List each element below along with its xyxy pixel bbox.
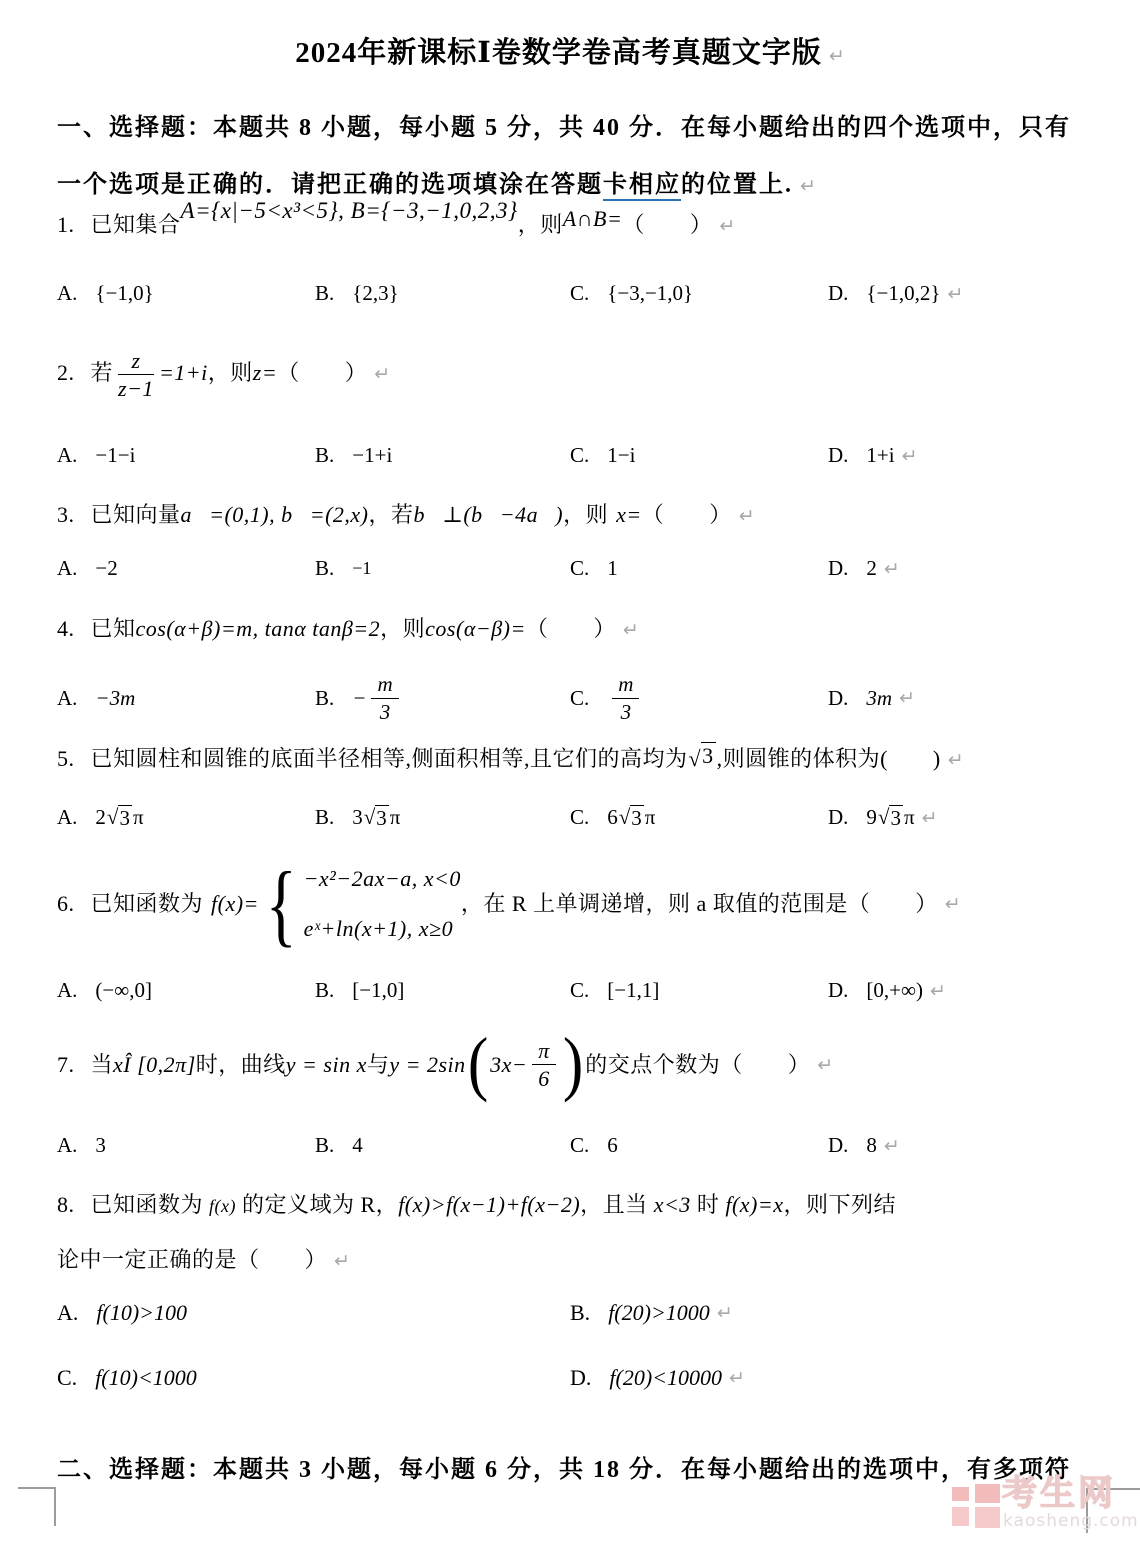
math-fx: f(x)= <box>211 887 259 921</box>
option-a-label: A. <box>57 281 77 306</box>
option-d-value: 2 <box>866 556 877 581</box>
kaosheng-logo-icon <box>952 1484 1000 1528</box>
question-6-number: 6. <box>57 887 75 921</box>
paragraph-mark: ↵ <box>817 1048 833 1082</box>
question-3-stem: 3.已知向量a⃗=(0,1), b⃗=(2,x)，若b⃗⊥(b⃗−4a⃗)，则x… <box>57 498 1110 533</box>
option-d: D.f(20)<10000↵ <box>570 1365 1120 1391</box>
question-1-options: A.{−1,0} B.{2,3} C.{−3,−1,0} D.{−1,0,2}↵ <box>57 281 1120 306</box>
option-c: C.m3 <box>570 672 828 723</box>
option-c-label: C. <box>570 443 589 468</box>
paragraph-mark: ↵ <box>729 1367 745 1389</box>
option-a-value: f(10)>100 <box>96 1300 187 1326</box>
option-b-value: {2,3} <box>352 281 398 306</box>
option-b-coef: 3 <box>352 805 363 830</box>
option-d-label: D. <box>828 281 848 306</box>
option-c: C.1 <box>570 556 828 581</box>
option-d-label: D. <box>828 805 848 830</box>
paragraph-mark: ↵ <box>947 283 963 305</box>
question-8-text-1: 已知函数为 <box>91 1192 210 1217</box>
math-vectors: a⃗=(0,1), b⃗=(2,x) <box>181 502 369 527</box>
option-d-label: D. <box>828 443 848 468</box>
option-b-label: B. <box>315 686 334 711</box>
option-c-coef: 6 <box>607 805 618 830</box>
option-b-label: B. <box>570 1300 590 1326</box>
option-c: C.f(10)<1000 <box>57 1365 570 1391</box>
piecewise-brace: { <box>266 865 297 943</box>
paragraph-mark: ↵ <box>902 445 918 467</box>
question-7-post: 的交点个数为（ ） <box>585 1048 810 1082</box>
heading-line2-pre: 一个选项是正确的．请把正确的选项填涂在答题 <box>57 172 603 198</box>
math-trig-given: cos(α+β)=m, tanα tanβ=2 <box>136 616 381 641</box>
option-a-value: −3m <box>95 686 135 711</box>
question-1-number: 1. <box>57 212 75 237</box>
option-b-value: −1+i <box>352 443 392 468</box>
logo-block <box>975 1507 1000 1528</box>
page-title: 2024年新课标Ⅰ卷数学卷高考真题文字版↵ <box>0 30 1140 71</box>
fraction-numerator: π <box>532 1038 556 1065</box>
paragraph-mark: ↵ <box>922 807 938 829</box>
grammar-underlined-text: 卡相应 <box>603 172 681 201</box>
option-a: A.3 <box>57 1133 315 1158</box>
option-a: A.2√3π <box>57 805 315 830</box>
option-a-label: A. <box>57 1133 77 1158</box>
question-8-options-row2: C.f(10)<1000 D.f(20)<10000↵ <box>57 1365 1120 1391</box>
section2-heading-text: 二、选择题：本题共 3 小题，每小题 6 分，共 18 分．在每小题给出的选项中… <box>57 1457 1071 1483</box>
option-b: B.−m3 <box>315 672 570 723</box>
question-3-mid: ，若 <box>369 502 414 527</box>
math-intersection: A∩B= <box>563 206 623 231</box>
option-b: B.f(20)>1000↵ <box>570 1300 1120 1326</box>
option-c-label: C. <box>570 1133 589 1158</box>
math-x: x= <box>616 502 642 527</box>
question-8-line2-text: 论中一定正确的是（ ） <box>57 1247 327 1272</box>
option-b-pi: π <box>390 805 401 830</box>
question-5-stem: 5.已知圆柱和圆锥的底面半径相等,侧面积相等,且它们的高均为√3,则圆锥的体积为… <box>57 742 1110 777</box>
question-3-options: A.−2 B.−1 C.1 D.2↵ <box>57 556 1120 581</box>
option-b: B.[−1,0] <box>315 978 570 1003</box>
question-7-text-3: 与 <box>367 1048 390 1082</box>
option-c-value: 6 <box>607 1133 618 1158</box>
piecewise-row-1: −x²−2ax−a, x<0 <box>304 862 461 896</box>
option-c-fraction: m3 <box>612 672 639 723</box>
math-domain: xÎ [0,2π] <box>113 1048 196 1082</box>
option-a-coef: 2 <box>95 805 106 830</box>
question-6-line: 6.已知函数为f(x)={−x²−2ax−a, x<0eˣ+ln(x+1), x… <box>57 862 961 946</box>
option-d-label: D. <box>828 556 848 581</box>
option-d: D.9√3π↵ <box>828 805 1120 830</box>
question-6-post: ，在 R 上单调递增，则 a 取值的范围是（ ） <box>461 887 938 921</box>
math-equation: =1+i <box>159 360 208 385</box>
option-d-value: {−1,0,2} <box>866 281 940 306</box>
fraction-numerator: z <box>118 348 154 375</box>
logo-block <box>952 1487 969 1501</box>
option-b-fraction: m3 <box>371 672 398 723</box>
option-c: C.1−i <box>570 443 828 468</box>
option-a-value: {−1,0} <box>95 281 153 306</box>
fraction-denominator: 3 <box>612 699 639 724</box>
option-a-label: A. <box>57 686 77 711</box>
option-b-value: [−1,0] <box>352 978 404 1003</box>
question-3-number: 3. <box>57 502 75 527</box>
radical-sign: √ <box>619 805 631 830</box>
question-3-post: ，则 <box>563 502 608 527</box>
paragraph-mark: ↵ <box>945 887 961 921</box>
math-perpendicular: b⃗⊥(b⃗−4a⃗) <box>414 502 564 527</box>
option-b-label: B. <box>315 443 334 468</box>
option-c-label: C. <box>570 556 589 581</box>
paragraph-mark: ↵ <box>899 687 915 709</box>
option-d: D.2↵ <box>828 556 1120 581</box>
paragraph-mark: ↵ <box>884 1135 900 1157</box>
piecewise-row-2: eˣ+ln(x+1), x≥0 <box>304 912 461 946</box>
section1-heading-line1: 一、选择题：本题共 8 小题，每小题 5 分，共 40 分．在每小题给出的四个选… <box>57 100 1100 157</box>
logo-block <box>952 1507 969 1526</box>
question-5-number: 5. <box>57 746 75 771</box>
question-2-options: A.−1−i B.−1+i C.1−i D.1+i↵ <box>57 443 1120 468</box>
answer-blank: （ ） <box>622 212 712 237</box>
option-b-value: f(20)>1000 <box>608 1300 710 1326</box>
question-8-text-3: ，且当 <box>580 1192 654 1217</box>
option-b: B.−1+i <box>315 443 570 468</box>
option-d-label: D. <box>828 686 848 711</box>
option-c-value: 1−i <box>607 443 635 468</box>
option-c-value: [−1,1] <box>607 978 659 1003</box>
option-c-value: 1 <box>607 556 618 581</box>
math-fx-equals-x: f(x)=x <box>725 1192 783 1217</box>
paragraph-mark: ↵ <box>719 215 735 237</box>
option-d: D.1+i↵ <box>828 443 1120 468</box>
option-d-label: D. <box>570 1365 591 1391</box>
question-4-options: A.−3m B.−m3 C.m3 D.3m↵ <box>57 660 1120 736</box>
question-2-text: 若 <box>91 360 114 385</box>
kaosheng-brand-watermark: 考生网 <box>1002 1476 1138 1512</box>
option-b: B.{2,3} <box>315 281 570 306</box>
paragraph-mark: ↵ <box>884 558 900 580</box>
option-d: D.8↵ <box>828 1133 1120 1158</box>
question-8-stem-line2: 论中一定正确的是（ ）↵ <box>57 1243 1110 1278</box>
paragraph-mark: ↵ <box>948 749 964 771</box>
question-1-mid: ，则 <box>518 212 563 237</box>
option-a-label: A. <box>57 978 77 1003</box>
math-z: z= <box>253 360 277 385</box>
option-c-label: C. <box>570 281 589 306</box>
radicand: 3 <box>889 805 903 829</box>
page-title-text: 2024年新课标Ⅰ卷数学卷高考真题文字版 <box>295 37 822 69</box>
option-a-label: A. <box>57 443 77 468</box>
kaosheng-domain-watermark: kaosheng.com <box>1003 1511 1139 1531</box>
option-d: D.[0,+∞)↵ <box>828 978 1120 1003</box>
fraction-numerator: m <box>371 672 398 698</box>
option-d-value: 8 <box>866 1133 877 1158</box>
math-pi-over-6: π6 <box>532 1038 556 1092</box>
table-corner-mark-left <box>18 1487 56 1526</box>
paragraph-mark: ↵ <box>374 363 390 385</box>
question-8-options-row1: A.f(10)>100 B.f(20)>1000↵ <box>57 1300 1120 1326</box>
question-1-text: 已知集合 <box>91 212 181 237</box>
radical-sign: √ <box>364 805 376 830</box>
question-6-text: 已知函数为 <box>91 887 204 921</box>
math-set-expression: A={x|−5<x³<5}, B={−3,−1,0,2,3} <box>181 198 518 223</box>
question-7-text-2: 时，曲线 <box>196 1048 286 1082</box>
radical-sign: √ <box>107 805 119 830</box>
math-x-less-3: x<3 <box>654 1192 691 1217</box>
question-4-stem: 4.已知cos(α+β)=m, tanα tanβ=2，则cos(α−β)=（ … <box>57 612 1110 647</box>
option-c: C.6 <box>570 1133 828 1158</box>
question-8-text-2: 的定义域为 R， <box>236 1192 398 1217</box>
paragraph-mark: ↵ <box>623 619 639 641</box>
question-4-mid: ，则 <box>380 616 425 641</box>
question-3-text: 已知向量 <box>91 502 181 527</box>
question-6-options: A.(−∞,0] B.[−1,0] C.[−1,1] D.[0,+∞)↵ <box>57 978 1120 1003</box>
logo-block <box>975 1484 1000 1503</box>
option-a: A.{−1,0} <box>57 281 315 306</box>
question-7-text-1: 当 <box>91 1048 114 1082</box>
math-curve-2: y = 2sin <box>389 1048 465 1082</box>
math-sqrt3: √3 <box>619 805 644 830</box>
option-a-label: A. <box>57 805 77 830</box>
option-c-label: C. <box>570 805 589 830</box>
math-sqrt3: √3 <box>107 805 132 830</box>
paragraph-mark: ↵ <box>930 980 946 1002</box>
fraction-denominator: 6 <box>532 1065 556 1091</box>
option-d-value: f(20)<10000 <box>609 1365 722 1391</box>
option-d: D.{−1,0,2}↵ <box>828 281 1120 306</box>
question-2-mid: ，则 <box>208 360 253 385</box>
option-c-label: C. <box>570 978 589 1003</box>
option-d-label: D. <box>828 1133 848 1158</box>
option-d-value: 1+i <box>866 443 894 468</box>
option-c: C.6√3π <box>570 805 828 830</box>
option-b-label: B. <box>315 978 334 1003</box>
piecewise-rows: −x²−2ax−a, x<0eˣ+ln(x+1), x≥0 <box>304 862 461 946</box>
option-a-value: (−∞,0] <box>95 978 152 1003</box>
option-a-label: A. <box>57 556 77 581</box>
radical-sign: √ <box>689 742 702 776</box>
answer-blank: （ ） <box>277 360 367 385</box>
math-sqrt3: √3 <box>878 805 903 830</box>
fraction-denominator: z−1 <box>118 375 154 401</box>
fraction-denominator: 3 <box>371 699 398 724</box>
paragraph-mark: ↵ <box>334 1250 350 1272</box>
option-b-label: B. <box>315 556 334 581</box>
question-5-text: 已知圆柱和圆锥的底面半径相等,侧面积相等,且它们的高均为 <box>91 746 688 771</box>
question-8-stem-line1: 8.已知函数为 f(x) 的定义域为 R，f(x)>f(x−1)+f(x−2)，… <box>57 1188 1110 1223</box>
question-5-options: A.2√3π B.3√3π C.6√3π D.9√3π↵ <box>57 805 1120 830</box>
math-curve-1: y = sin x <box>286 1048 367 1082</box>
option-c-value: f(10)<1000 <box>95 1365 197 1391</box>
question-4-number: 4. <box>57 616 75 641</box>
fraction-numerator: m <box>612 672 639 698</box>
option-c-value: {−3,−1,0} <box>607 281 693 306</box>
section2-heading: 二、选择题：本题共 3 小题，每小题 6 分，共 18 分．在每小题给出的选项中… <box>57 1442 1100 1499</box>
paragraph-mark: ↵ <box>739 505 755 527</box>
option-d-pi: π <box>904 805 915 830</box>
option-b-value: −1 <box>352 558 371 579</box>
option-b-label: B. <box>315 805 334 830</box>
radicand: 3 <box>375 805 389 829</box>
question-2-number: 2. <box>57 360 75 385</box>
question-8-number: 8. <box>57 1192 75 1217</box>
option-a-value: −2 <box>95 556 117 581</box>
option-b-label: B. <box>315 281 334 306</box>
option-b: B.−1 <box>315 556 570 581</box>
math-inequality: f(x)>f(x−1)+f(x−2) <box>398 1192 580 1217</box>
option-b-label: B. <box>315 1133 334 1158</box>
radicand: 3 <box>701 742 716 767</box>
answer-blank: （ ） <box>642 502 732 527</box>
option-a-label: A. <box>57 1300 78 1326</box>
math-fraction: zz−1 <box>118 348 154 402</box>
question-7-number: 7. <box>57 1048 75 1082</box>
option-b-sign: − <box>352 686 366 711</box>
option-b: B.4 <box>315 1133 570 1158</box>
option-a-value: −1−i <box>95 443 135 468</box>
option-a: A.−1−i <box>57 443 315 468</box>
option-a: A.−3m <box>57 686 315 711</box>
option-a-value: 3 <box>95 1133 106 1158</box>
option-d-value: 3m <box>866 686 892 711</box>
question-1-stem: 1.已知集合A={x|−5<x³<5}, B={−3,−1,0,2,3}，则A∩… <box>57 208 1110 243</box>
paragraph-mark: ↵ <box>717 1302 733 1324</box>
option-d-coef: 9 <box>866 805 877 830</box>
question-2-stem: 2.若zz−1=1+i，则z=（ ）↵ <box>57 348 1110 402</box>
question-6-stem: 6.已知函数为f(x)={−x²−2ax−a, x<0eˣ+ln(x+1), x… <box>57 862 1110 946</box>
question-7-stem: 7.当 xÎ [0,2π]时，曲线 y = sin x 与 y = 2sin(3… <box>57 1038 1110 1092</box>
question-7-line: 7.当 xÎ [0,2π]时，曲线 y = sin x 与 y = 2sin(3… <box>57 1038 833 1092</box>
radicand: 3 <box>118 805 132 829</box>
question-8-text-4: 时 <box>691 1192 726 1217</box>
math-trig-target: cos(α−β)= <box>425 616 526 641</box>
question-4-text: 已知 <box>91 616 136 641</box>
option-a: A.−2 <box>57 556 315 581</box>
option-d: D.3m↵ <box>828 686 1120 711</box>
paragraph-mark: ↵ <box>800 175 816 197</box>
math-sqrt3: √3 <box>689 742 716 776</box>
option-c-label: C. <box>570 686 589 711</box>
option-a-pi: π <box>133 805 144 830</box>
option-c-label: C. <box>57 1365 77 1391</box>
option-d-value: [0,+∞) <box>866 978 923 1003</box>
option-d-label: D. <box>828 978 848 1003</box>
paragraph-mark: ↵ <box>829 45 845 67</box>
option-a: A.(−∞,0] <box>57 978 315 1003</box>
option-b: B.3√3π <box>315 805 570 830</box>
heading-line2-tail: 的位置上. <box>681 172 793 198</box>
question-7-options: A.3 B.4 C.6 D.8↵ <box>57 1133 1120 1158</box>
option-c-pi: π <box>645 805 656 830</box>
math-inner: 3x− <box>490 1048 527 1082</box>
radicand: 3 <box>630 805 644 829</box>
math-fx-small: f(x) <box>209 1196 236 1216</box>
question-8-text-5: ，则下列结 <box>783 1192 896 1217</box>
math-sqrt3: √3 <box>364 805 389 830</box>
option-c: C.[−1,1] <box>570 978 828 1003</box>
question-5-post: ,则圆锥的体积为( ) <box>717 746 941 771</box>
option-c: C.{−3,−1,0} <box>570 281 828 306</box>
option-b-value: 4 <box>352 1133 363 1158</box>
answer-blank: （ ） <box>526 616 616 641</box>
option-a: A.f(10)>100 <box>57 1300 570 1326</box>
radical-sign: √ <box>878 805 890 830</box>
